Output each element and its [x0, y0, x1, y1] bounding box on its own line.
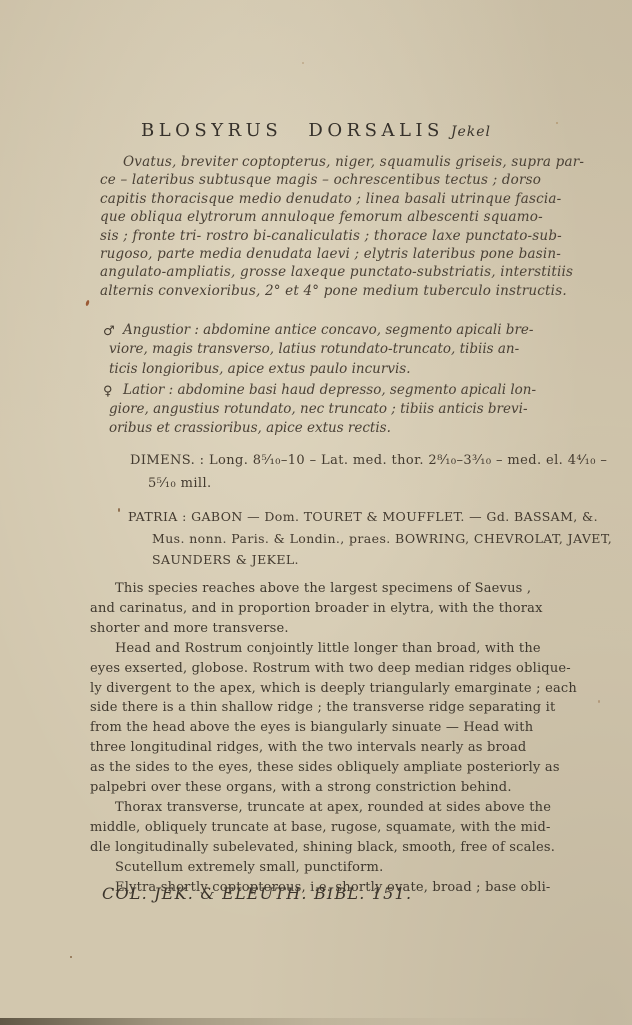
- species-author: Jekel: [451, 124, 491, 140]
- text-line: shorter and more transverse.: [90, 619, 530, 639]
- scan-edge-shadow: [0, 1018, 632, 1025]
- text-line: middle, obliquely truncate at base, rugo…: [90, 818, 530, 838]
- text-line: Head and Rostrum conjointly little longe…: [90, 639, 530, 659]
- patria-line: PATRIA : GABON — Dom. TOURET & MOUFFLET.…: [128, 506, 568, 528]
- male-line: ticis longioribus, apice extus paulo inc…: [109, 360, 553, 379]
- description-paragraph-2: Head and Rostrum conjointly little longe…: [90, 639, 530, 798]
- dimensions-line: DIMENS. : Long. 8⁵⁄₁₀–10 – Lat. med. tho…: [130, 449, 570, 472]
- paper-speck: [302, 62, 304, 64]
- species-name: BLOSYRUS DORSALIS: [141, 120, 444, 141]
- description-paragraph-4: Scutellum extremely small, punctiform.: [90, 858, 530, 878]
- latin-line: que obliqua elytrorum annuloque femorum …: [100, 208, 550, 226]
- footer-citation: COL. JEK. & ELEUTH. BIBL. 151.: [102, 884, 412, 903]
- latin-line: alternis convexioribus, 2° et 4° pone me…: [100, 282, 550, 300]
- patria-section: PATRIA : GABON — Dom. TOURET & MOUFFLET.…: [128, 506, 568, 571]
- latin-line: angulato-ampliatis, grosse laxeque punct…: [100, 263, 550, 281]
- paper-speck: [598, 700, 600, 703]
- text-line: as the sides to the eyes, these sides ob…: [90, 758, 530, 778]
- latin-diagnosis: Ovatus, breviter coptopterus, niger, squ…: [100, 153, 550, 300]
- sex-descriptions: ♂ Angustior : abdomine antice concavo, s…: [103, 321, 553, 439]
- female-description: ♀ Latior : abdomine basi haud depresso, …: [103, 381, 553, 439]
- description-paragraph-1: This species reaches above the largest s…: [90, 579, 530, 639]
- text-line: eyes exserted, globose. Rostrum with two…: [90, 659, 530, 679]
- female-line: giore, angustius rotundato, nec truncato…: [109, 400, 553, 419]
- description-paragraph-3: Thorax transverse, truncate at apex, rou…: [90, 798, 530, 858]
- manuscript-page: BLOSYRUS DORSALISJekel Ovatus, breviter …: [0, 0, 632, 1025]
- english-description: This species reaches above the largest s…: [90, 579, 530, 898]
- female-line: oribus et crassioribus, apice extus rect…: [109, 419, 553, 438]
- text-line: dle longitudinally subelevated, shining …: [90, 838, 530, 858]
- text-line: from the head above the eyes is biangula…: [90, 718, 530, 738]
- female-symbol: ♀: [103, 382, 113, 401]
- dimensions-line: 5⁵⁄₁₀ mill.: [130, 472, 570, 495]
- text-line: Scutellum extremely small, punctiform.: [90, 858, 530, 878]
- patria-line: Mus. nonn. Paris. & Londin., praes. BOWR…: [128, 528, 568, 550]
- paper-speck: [85, 300, 90, 307]
- male-line: Angustior : abdomine antice concavo, seg…: [123, 321, 553, 340]
- paper-speck: [556, 122, 558, 124]
- dimensions-section: DIMENS. : Long. 8⁵⁄₁₀–10 – Lat. med. tho…: [130, 449, 570, 495]
- text-line: Thorax transverse, truncate at apex, rou…: [90, 798, 530, 818]
- latin-line: capitis thoracisque medio denudato ; lin…: [100, 190, 550, 208]
- text-line: This species reaches above the largest s…: [90, 579, 530, 599]
- paper-speck: [118, 508, 120, 512]
- text-line: palpebri over these organs, with a stron…: [90, 778, 530, 798]
- female-line: Latior : abdomine basi haud depresso, se…: [123, 381, 553, 400]
- text-line: and carinatus, and in proportion broader…: [90, 599, 530, 619]
- text-line: ly divergent to the apex, which is deepl…: [90, 679, 530, 699]
- male-line: viore, magis transverso, latius rotundat…: [109, 340, 553, 359]
- text-line: side there is a thin shallow ridge ; the…: [90, 698, 530, 718]
- latin-line: Ovatus, breviter coptopterus, niger, squ…: [100, 153, 550, 171]
- page-title: BLOSYRUS DORSALISJekel: [0, 120, 632, 141]
- latin-line: sis ; fronte tri- rostro bi-canaliculati…: [100, 227, 550, 245]
- patria-line: SAUNDERS & JEKEL.: [128, 549, 568, 571]
- male-symbol: ♂: [103, 322, 115, 341]
- latin-line: ce – lateribus subtusque magis – ochresc…: [100, 171, 550, 189]
- text-line: three longitudinal ridges, with the two …: [90, 738, 530, 758]
- latin-line: rugoso, parte media denudata laevi ; ely…: [100, 245, 550, 263]
- male-description: ♂ Angustior : abdomine antice concavo, s…: [103, 321, 553, 379]
- paper-speck: [70, 956, 72, 958]
